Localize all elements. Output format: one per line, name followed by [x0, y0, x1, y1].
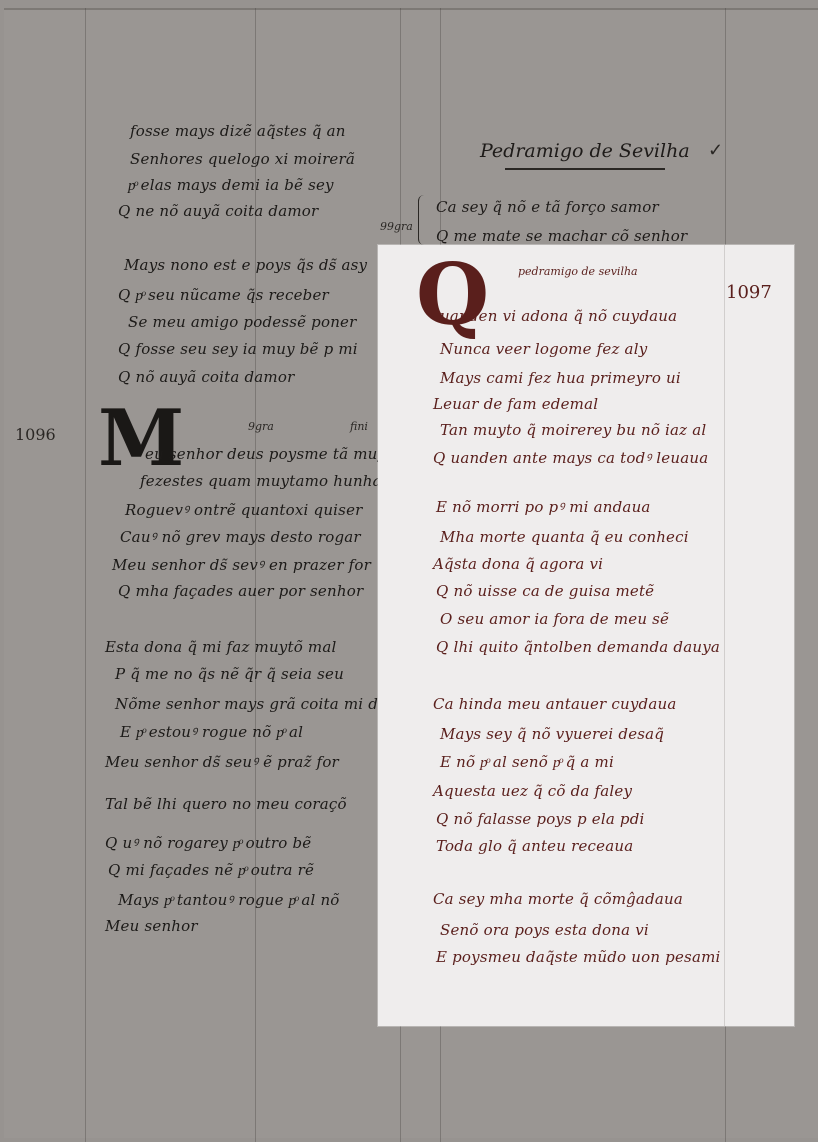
verse-line: Aq̃sta dona q̃ agora vi — [433, 555, 603, 573]
highlighted-region: pedramigo de sevilha 1097 Q uanden vi ad… — [378, 245, 794, 1026]
verse-line: uanden vi adona q̃ nõ cuydaua — [440, 307, 677, 325]
folio-number: 1097 — [726, 282, 772, 303]
verse-line: Mays sey q̃ nõ vyuerei desaq̃ — [440, 725, 664, 743]
verse-line: Q lhi quito q̃ntolben demanda dauya — [436, 638, 720, 656]
decorated-initial: M — [98, 400, 184, 478]
verse-line: Q fosse seu sey ia muy bẽ p mi — [118, 340, 358, 358]
verse-line: Meu senhor ds̃ sevꝰ en prazer for — [112, 555, 371, 575]
margin-rule — [85, 8, 86, 1142]
verse-line: Nõme senhor mays grã coita mi deu — [115, 695, 397, 713]
verse-line: Q uanden ante mays ca todꝰ leuaua — [433, 448, 708, 468]
verse-line: Ca sey q̃ nõ e tã forço samor — [436, 198, 659, 216]
verse-line: Mays cami fez hua primeyro ui — [440, 369, 681, 387]
verse-line: O seu amor ia fora de meu sẽ — [440, 610, 669, 628]
verse-line: Q pͦ seu nũcame q̃s receber — [118, 286, 329, 305]
manuscript-page: fosse mays dizẽ aq̃stes q̃ an Senhores q… — [0, 0, 818, 1142]
marginal-annotation: 99gra — [380, 220, 413, 233]
subheading: pedramigo de sevilha — [518, 265, 638, 278]
verse-line: Nunca veer logome fez aly — [440, 340, 647, 358]
verse-line: Ca hinda meu antauer cuydaua — [433, 695, 676, 713]
verse-line: Q nõ falasse poys p ela pdi — [436, 810, 645, 828]
verse-line: Cauꝰ nõ grev mays desto rogar — [120, 527, 361, 547]
check-mark-icon: ✓ — [708, 140, 723, 161]
marginal-annotation: 9gra — [248, 420, 274, 433]
verse-line: E nõ pͦ al senõ pͦ q̃ a mi — [440, 753, 614, 772]
verse-line: Tan muyto q̃ moirerey bu nõ iaz al — [440, 421, 706, 439]
verse-line: Se meu amigo podessẽ poner — [128, 313, 357, 331]
verse-line: Q uꝰ nõ rogarey pͦ outro bẽ — [105, 833, 311, 853]
verse-line: Q ne nõ auyã coita damor — [118, 202, 318, 220]
verse-line: Senõ ora poys esta dona vi — [440, 921, 649, 939]
verse-line: Mays pͦ tantouꝰ rogue pͦ al nõ — [118, 890, 340, 910]
heading-underline — [505, 168, 665, 170]
verse-line: Esta dona q̃ mi faz muytõ mal — [105, 638, 336, 656]
verse-line: Q nõ auyã coita damor — [118, 368, 294, 386]
verse-line: P q̃ me no q̃s nẽ q̃r q̃ seia seu — [115, 665, 344, 683]
verse-line: Q me mate se machar cõ senhor — [436, 227, 687, 245]
verse-line: E poysmeu daq̃ste mũdo uon pesami — [436, 948, 721, 966]
column-rule — [724, 245, 725, 1026]
author-heading: Pedramigo de Sevilha — [480, 140, 690, 162]
verse-line: Ca sey mha morte q̃ cõmĝadaua — [433, 890, 683, 908]
margin-bracket — [418, 195, 427, 245]
verse-line: Meu senhor ds̃ seuꝰ ẽ praz̃ for — [105, 752, 339, 772]
verse-line: E pͦ estouꝰ rogue nõ pͦ al — [120, 722, 303, 742]
verse-line: Q mi façades nẽ pͦ outra rẽ — [108, 861, 314, 880]
verse-line: fosse mays dizẽ aq̃stes q̃ an — [130, 122, 346, 140]
marginal-annotation: fini — [350, 420, 368, 433]
verse-line: Toda glo q̃ anteu receaua — [436, 837, 633, 855]
verse-line: Senhores quelogo xi moirerã — [130, 150, 355, 168]
verse-line: Q nõ uisse ca de guisa metẽ — [436, 582, 654, 600]
verse-line: E nõ morri po pꝰ mi andaua — [436, 497, 651, 517]
verse-line: Roguevꝰ ontrẽ quantoxi quiser — [125, 500, 363, 520]
verse-line: Mays nono est e poys q̃s ds̃ asy — [124, 256, 367, 274]
verse-line: Meu senhor — [105, 917, 198, 935]
folio-number: 1096 — [15, 425, 56, 444]
verse-line: Leuar de fam edemal — [433, 395, 598, 413]
verse-line: pͦ elas mays demi ia bẽ sey — [128, 176, 334, 195]
verse-line: Aquesta uez q̃ cõ da faley — [433, 782, 632, 800]
verse-line: Mha morte quanta q̃ eu conheci — [440, 528, 689, 546]
verse-line: Q mha façades auer por senhor — [118, 582, 363, 600]
verse-line: Tal bẽ lhi quero no meu coraçõ — [105, 795, 347, 813]
